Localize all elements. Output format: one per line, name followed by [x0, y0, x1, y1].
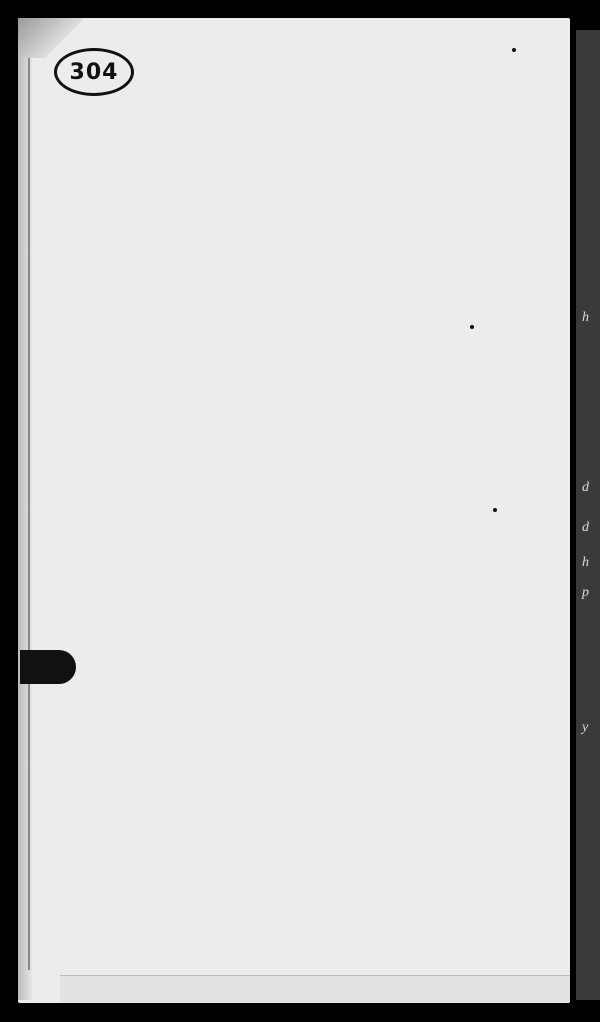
adjacent-page-strip: h d d h p y	[576, 30, 600, 1000]
binding-line	[28, 40, 30, 970]
margin-mark: h	[582, 555, 589, 571]
margin-mark: h	[582, 310, 589, 326]
page-number-circled: 304	[54, 48, 134, 96]
margin-mark: p	[582, 585, 589, 601]
margin-mark: d	[582, 480, 589, 496]
ink-spot	[493, 508, 497, 512]
margin-mark: y	[582, 720, 588, 736]
document-page	[18, 18, 570, 1003]
ink-spot	[470, 325, 474, 329]
margin-mark: d	[582, 520, 589, 536]
ink-spot	[512, 48, 516, 52]
binding-clip	[20, 650, 76, 684]
bottom-fold	[60, 975, 570, 1002]
